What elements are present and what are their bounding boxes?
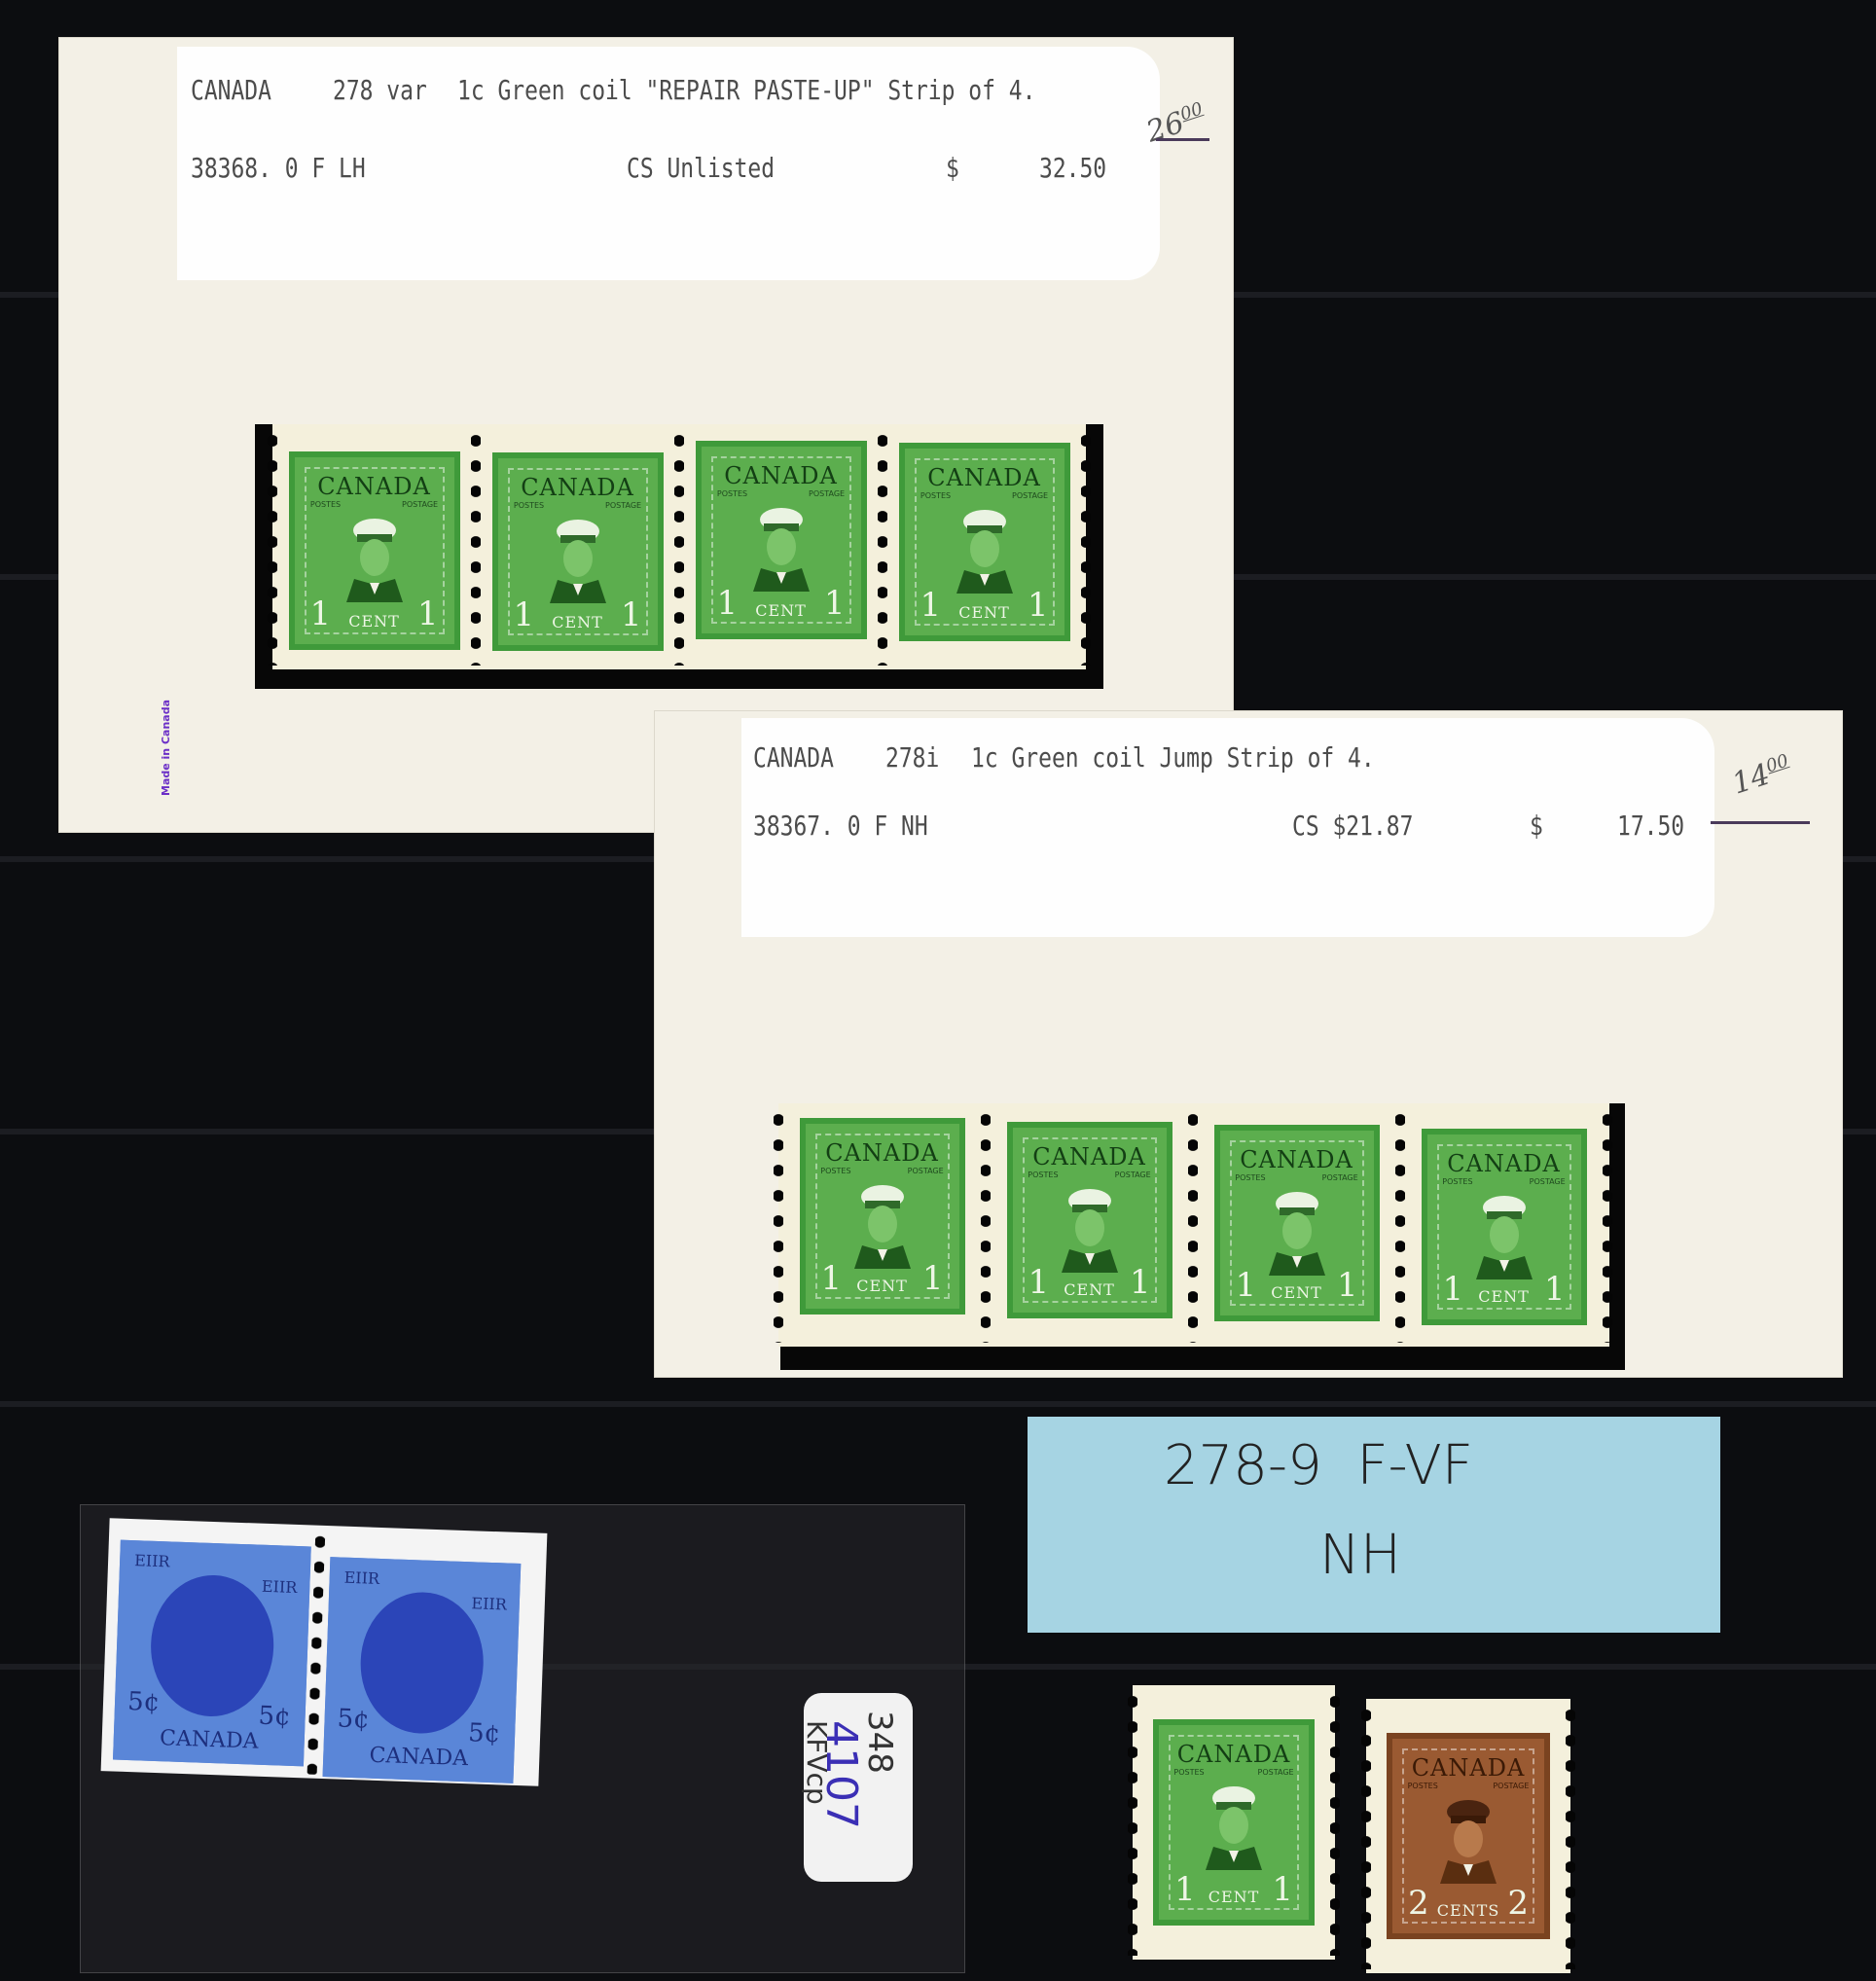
stamp-value: 5¢	[337, 1705, 370, 1735]
royal-cypher: EIIR	[262, 1577, 298, 1597]
stamp-position: CANADAPOSTESPOSTAGE1CENT1	[679, 424, 883, 669]
stamp-country: CANADA	[521, 474, 634, 501]
stamp-country: CANADA	[825, 1139, 939, 1167]
green-king-stamp: CANADAPOSTESPOSTAGE1CENT1	[800, 1118, 965, 1315]
stamp-value: 5¢	[258, 1702, 291, 1732]
value-right: 1	[922, 1262, 944, 1295]
stamp-country: CANADA	[1412, 1754, 1526, 1782]
king-portrait-icon	[747, 504, 815, 592]
pencil-price-cents: 00	[1763, 750, 1790, 776]
made-in-canada-imprint: Made in Canada	[160, 700, 172, 796]
stamp-posts: POSTESPOSTAGE	[717, 489, 845, 498]
coil-strip-of-4[interactable]: CANADAPOSTESPOSTAGE1CENT1CANADAPOSTESPOS…	[778, 1103, 1609, 1347]
blue-card-line-1: 278-9 F-VF	[1164, 1434, 1473, 1497]
stamp-position: CANADAPOSTESPOSTAGE1CENT1	[1193, 1103, 1400, 1347]
stamp-country: CANADA	[1447, 1150, 1561, 1177]
label-description: 1c Green coil Jump Strip of 4.	[971, 741, 1375, 774]
postes-text: POSTES	[1235, 1173, 1265, 1182]
postage-text: POSTAGE	[1322, 1173, 1358, 1182]
pencil-price-cents: 00	[1177, 98, 1205, 125]
stamp-country: CANADA	[724, 462, 838, 489]
value-right: 1	[621, 598, 642, 631]
postage-text: POSTAGE	[908, 1167, 944, 1175]
green-king-stamp: CANADAPOSTESPOSTAGE1CENT1	[492, 452, 664, 651]
stamp-denomination: 1CENT1	[1159, 1873, 1309, 1906]
stamp-country: CANADA	[118, 1725, 300, 1755]
label-currency: $	[946, 152, 959, 184]
value-word: CENT	[552, 613, 603, 631]
postes-text: POSTES	[310, 500, 341, 509]
label-description: 1c Green coil "REPAIR PASTE-UP" Strip of…	[457, 74, 1035, 106]
royal-cypher: EIIR	[471, 1594, 507, 1613]
value-left: 1	[310, 597, 332, 630]
label-country: CANADA	[191, 74, 271, 106]
value-left: 1	[514, 598, 535, 631]
postage-text: POSTAGE	[809, 489, 845, 498]
pencil-price: 1400	[1728, 750, 1795, 801]
stamp-position: CANADAPOSTESPOSTAGE1CENT1	[272, 424, 476, 669]
stamp-posts: POSTESPOSTAGE	[1235, 1173, 1357, 1182]
coil-strip-of-4[interactable]: CANADAPOSTESPOSTAGE1CENT1CANADAPOSTESPOS…	[272, 424, 1086, 669]
value-word: CENT	[1478, 1287, 1530, 1306]
stamp-posts: POSTESPOSTAGE	[514, 501, 641, 510]
green-king-stamp: CANADAPOSTESPOSTAGE1CENT1	[899, 443, 1070, 641]
label-price: 17.50	[1617, 810, 1684, 842]
value-word: CENT	[348, 612, 400, 630]
label-cs: CS Unlisted	[627, 152, 775, 184]
stamp-position: CANADAPOSTESPOSTAGE1CENT1	[778, 1103, 986, 1347]
value-word: CENT	[755, 601, 807, 620]
value-right: 1	[417, 597, 439, 630]
postage-text: POSTAGE	[1530, 1177, 1566, 1186]
stamp-position: CANADAPOSTESPOSTAGE1CENT1	[476, 424, 679, 669]
stamp-position: CANADAPOSTESPOSTAGE2CENTS2	[1366, 1699, 1570, 1973]
label-stock-no: 38368. 0 F LH	[191, 152, 366, 184]
green-king-stamp: CANADAPOSTESPOSTAGE1CENT1	[696, 441, 867, 639]
stamp-posts: POSTESPOSTAGE	[820, 1167, 943, 1175]
green-king-stamp: CANADAPOSTESPOSTAGE1CENT1	[1007, 1122, 1172, 1318]
value-word: CENT	[1271, 1283, 1322, 1302]
postes-text: POSTES	[1442, 1177, 1472, 1186]
label-catalog: 278i	[885, 741, 939, 774]
value-right: 1	[1130, 1266, 1151, 1299]
single-coil-2c[interactable]: CANADAPOSTESPOSTAGE2CENTS2	[1366, 1699, 1570, 1973]
green-king-stamp: CANADAPOSTESPOSTAGE1CENT1	[1422, 1129, 1587, 1325]
perforation	[1603, 1107, 1612, 1343]
postage-text: POSTAGE	[1258, 1768, 1294, 1777]
queen-portrait	[148, 1573, 275, 1718]
perforation	[1081, 428, 1091, 666]
postage-text: POSTAGE	[605, 501, 641, 510]
stamp-denomination: 1CENT1	[806, 1262, 959, 1295]
perforation	[1330, 1689, 1340, 1956]
stamp-value: 5¢	[127, 1687, 161, 1717]
postes-text: POSTES	[514, 501, 544, 510]
green-king-stamp: CANADAPOSTESPOSTAGE1CENT1	[1153, 1719, 1315, 1926]
value-right: 1	[1544, 1273, 1566, 1306]
stamp-posts: POSTESPOSTAGE	[1028, 1171, 1150, 1179]
value-right: 1	[1337, 1269, 1358, 1302]
value-right: 1	[824, 587, 846, 620]
stamp-country: CANADA	[328, 1742, 510, 1772]
stamp-posts: POSTESPOSTAGE	[920, 491, 1048, 500]
stamp-position: CANADAPOSTESPOSTAGE1CENT1	[1400, 1103, 1607, 1347]
value-word: CENT	[1064, 1280, 1115, 1299]
label-price: 32.50	[1039, 152, 1106, 184]
king-portrait-icon	[1200, 1783, 1268, 1870]
value-word: CENT	[958, 603, 1010, 622]
value-right: 1	[1028, 589, 1049, 622]
queen-coil-pair[interactable]: EIIR EIIR 5¢ 5¢ CANADA EIIR EIIR 5¢ 5¢ C…	[101, 1518, 548, 1786]
note-line-3: KFVcp	[801, 1720, 833, 1805]
handwritten-note-card[interactable]: 348 4107 KFVcp	[804, 1693, 913, 1882]
royal-cypher: EIIR	[343, 1568, 379, 1588]
stamp-posts: POSTESPOSTAGE	[1442, 1177, 1565, 1186]
stockbook-strip	[0, 1401, 1876, 1407]
value-left: 1	[1236, 1269, 1257, 1302]
perforation	[774, 1107, 783, 1343]
postes-text: POSTES	[1173, 1768, 1204, 1777]
postes-text: POSTES	[717, 489, 747, 498]
stamp-denomination: 1CENT1	[1013, 1266, 1167, 1299]
value-left: 1	[920, 589, 942, 622]
value-word: CENT	[1209, 1888, 1260, 1906]
stamp-denomination: 1CENT1	[295, 597, 454, 630]
stamp-denomination: 1CENT1	[905, 589, 1064, 622]
postes-text: POSTES	[820, 1167, 850, 1175]
pencil-underline	[1156, 138, 1209, 141]
royal-cypher: EIIR	[134, 1551, 170, 1570]
stamp-denomination: 1CENT1	[1427, 1273, 1581, 1306]
label-catalog: 278 var	[333, 74, 427, 106]
queen-portrait	[358, 1590, 486, 1735]
perforation	[1361, 1703, 1371, 1969]
king-portrait-icon	[1056, 1185, 1124, 1273]
stamp-position: CANADAPOSTESPOSTAGE1CENT1	[883, 424, 1086, 669]
stamp-posts: POSTESPOSTAGE	[1173, 1768, 1293, 1777]
stamp-denomination: 2CENTS2	[1392, 1887, 1544, 1920]
queen-stamp: EIIR EIIR 5¢ 5¢ CANADA	[323, 1557, 522, 1783]
stamp-position: CANADAPOSTESPOSTAGE1CENT1	[1133, 1685, 1335, 1960]
king-portrait-icon	[1470, 1192, 1538, 1279]
pencil-underline	[1711, 821, 1810, 824]
brown-king-stamp: CANADAPOSTESPOSTAGE2CENTS2	[1387, 1733, 1550, 1939]
value-left: 1	[1443, 1273, 1464, 1306]
stamp-position: CANADAPOSTESPOSTAGE1CENT1	[986, 1103, 1193, 1347]
stamp-denomination: 1CENT1	[498, 598, 658, 631]
king-portrait-icon	[951, 506, 1019, 594]
king-portrait-icon	[1263, 1188, 1331, 1276]
king-portrait-icon	[848, 1181, 917, 1269]
stamp-country: CANADA	[1177, 1741, 1291, 1768]
blue-price-card[interactable]: 278-9 F-VF NH	[1028, 1417, 1720, 1633]
perforation	[268, 428, 277, 666]
blue-card-line-2: NH	[1319, 1524, 1401, 1587]
stamp-value: 5¢	[468, 1718, 501, 1748]
perforation	[1128, 1689, 1137, 1956]
stamp-denomination: 1CENT1	[1220, 1269, 1374, 1302]
printed-label: CANADA 278 var 1c Green coil "REPAIR PAS…	[177, 47, 1160, 280]
queen-stamp: EIIR EIIR 5¢ 5¢ CANADA	[113, 1540, 311, 1767]
stamp-country: CANADA	[927, 464, 1041, 491]
stamp-posts: POSTESPOSTAGE	[1408, 1782, 1530, 1790]
postage-text: POSTAGE	[1012, 491, 1048, 500]
value-left: 2	[1408, 1887, 1429, 1920]
stamp-country: CANADA	[1240, 1146, 1353, 1173]
label-cs: CS $21.87	[1292, 810, 1413, 842]
postes-text: POSTES	[1408, 1782, 1438, 1790]
stamp-denomination: 1CENT1	[702, 587, 861, 620]
single-coil-1c[interactable]: CANADAPOSTESPOSTAGE1CENT1	[1133, 1685, 1335, 1960]
postage-text: POSTAGE	[402, 500, 438, 509]
green-king-stamp: CANADAPOSTESPOSTAGE1CENT1	[289, 451, 460, 650]
value-left: 1	[1174, 1873, 1196, 1906]
postes-text: POSTES	[1028, 1171, 1058, 1179]
value-left: 1	[717, 587, 739, 620]
value-left: 1	[1028, 1266, 1050, 1299]
stock-card-278i[interactable]: CANADA 278i 1c Green coil Jump Strip of …	[654, 710, 1843, 1378]
stamp-country: CANADA	[1032, 1143, 1146, 1171]
label-currency: $	[1530, 810, 1543, 842]
king-portrait-icon	[341, 515, 409, 602]
value-word: CENTS	[1437, 1901, 1500, 1920]
label-stock-no: 38367. 0 F NH	[753, 810, 928, 842]
green-king-stamp: CANADAPOSTESPOSTAGE1CENT1	[1214, 1125, 1380, 1321]
printed-label: CANADA 278i 1c Green coil Jump Strip of …	[741, 718, 1714, 937]
value-right: 2	[1507, 1887, 1529, 1920]
value-word: CENT	[856, 1277, 908, 1295]
postage-text: POSTAGE	[1493, 1782, 1529, 1790]
king-portrait-icon	[1434, 1796, 1502, 1884]
value-left: 1	[821, 1262, 843, 1295]
value-right: 1	[1272, 1873, 1293, 1906]
king-portrait-icon	[544, 516, 612, 603]
stamp-posts: POSTESPOSTAGE	[310, 500, 438, 509]
perforation	[1566, 1703, 1575, 1969]
stamp-country: CANADA	[317, 473, 431, 500]
label-country: CANADA	[753, 741, 834, 774]
note-line-1: 348	[860, 1711, 899, 1774]
postes-text: POSTES	[920, 491, 951, 500]
postage-text: POSTAGE	[1115, 1171, 1151, 1179]
